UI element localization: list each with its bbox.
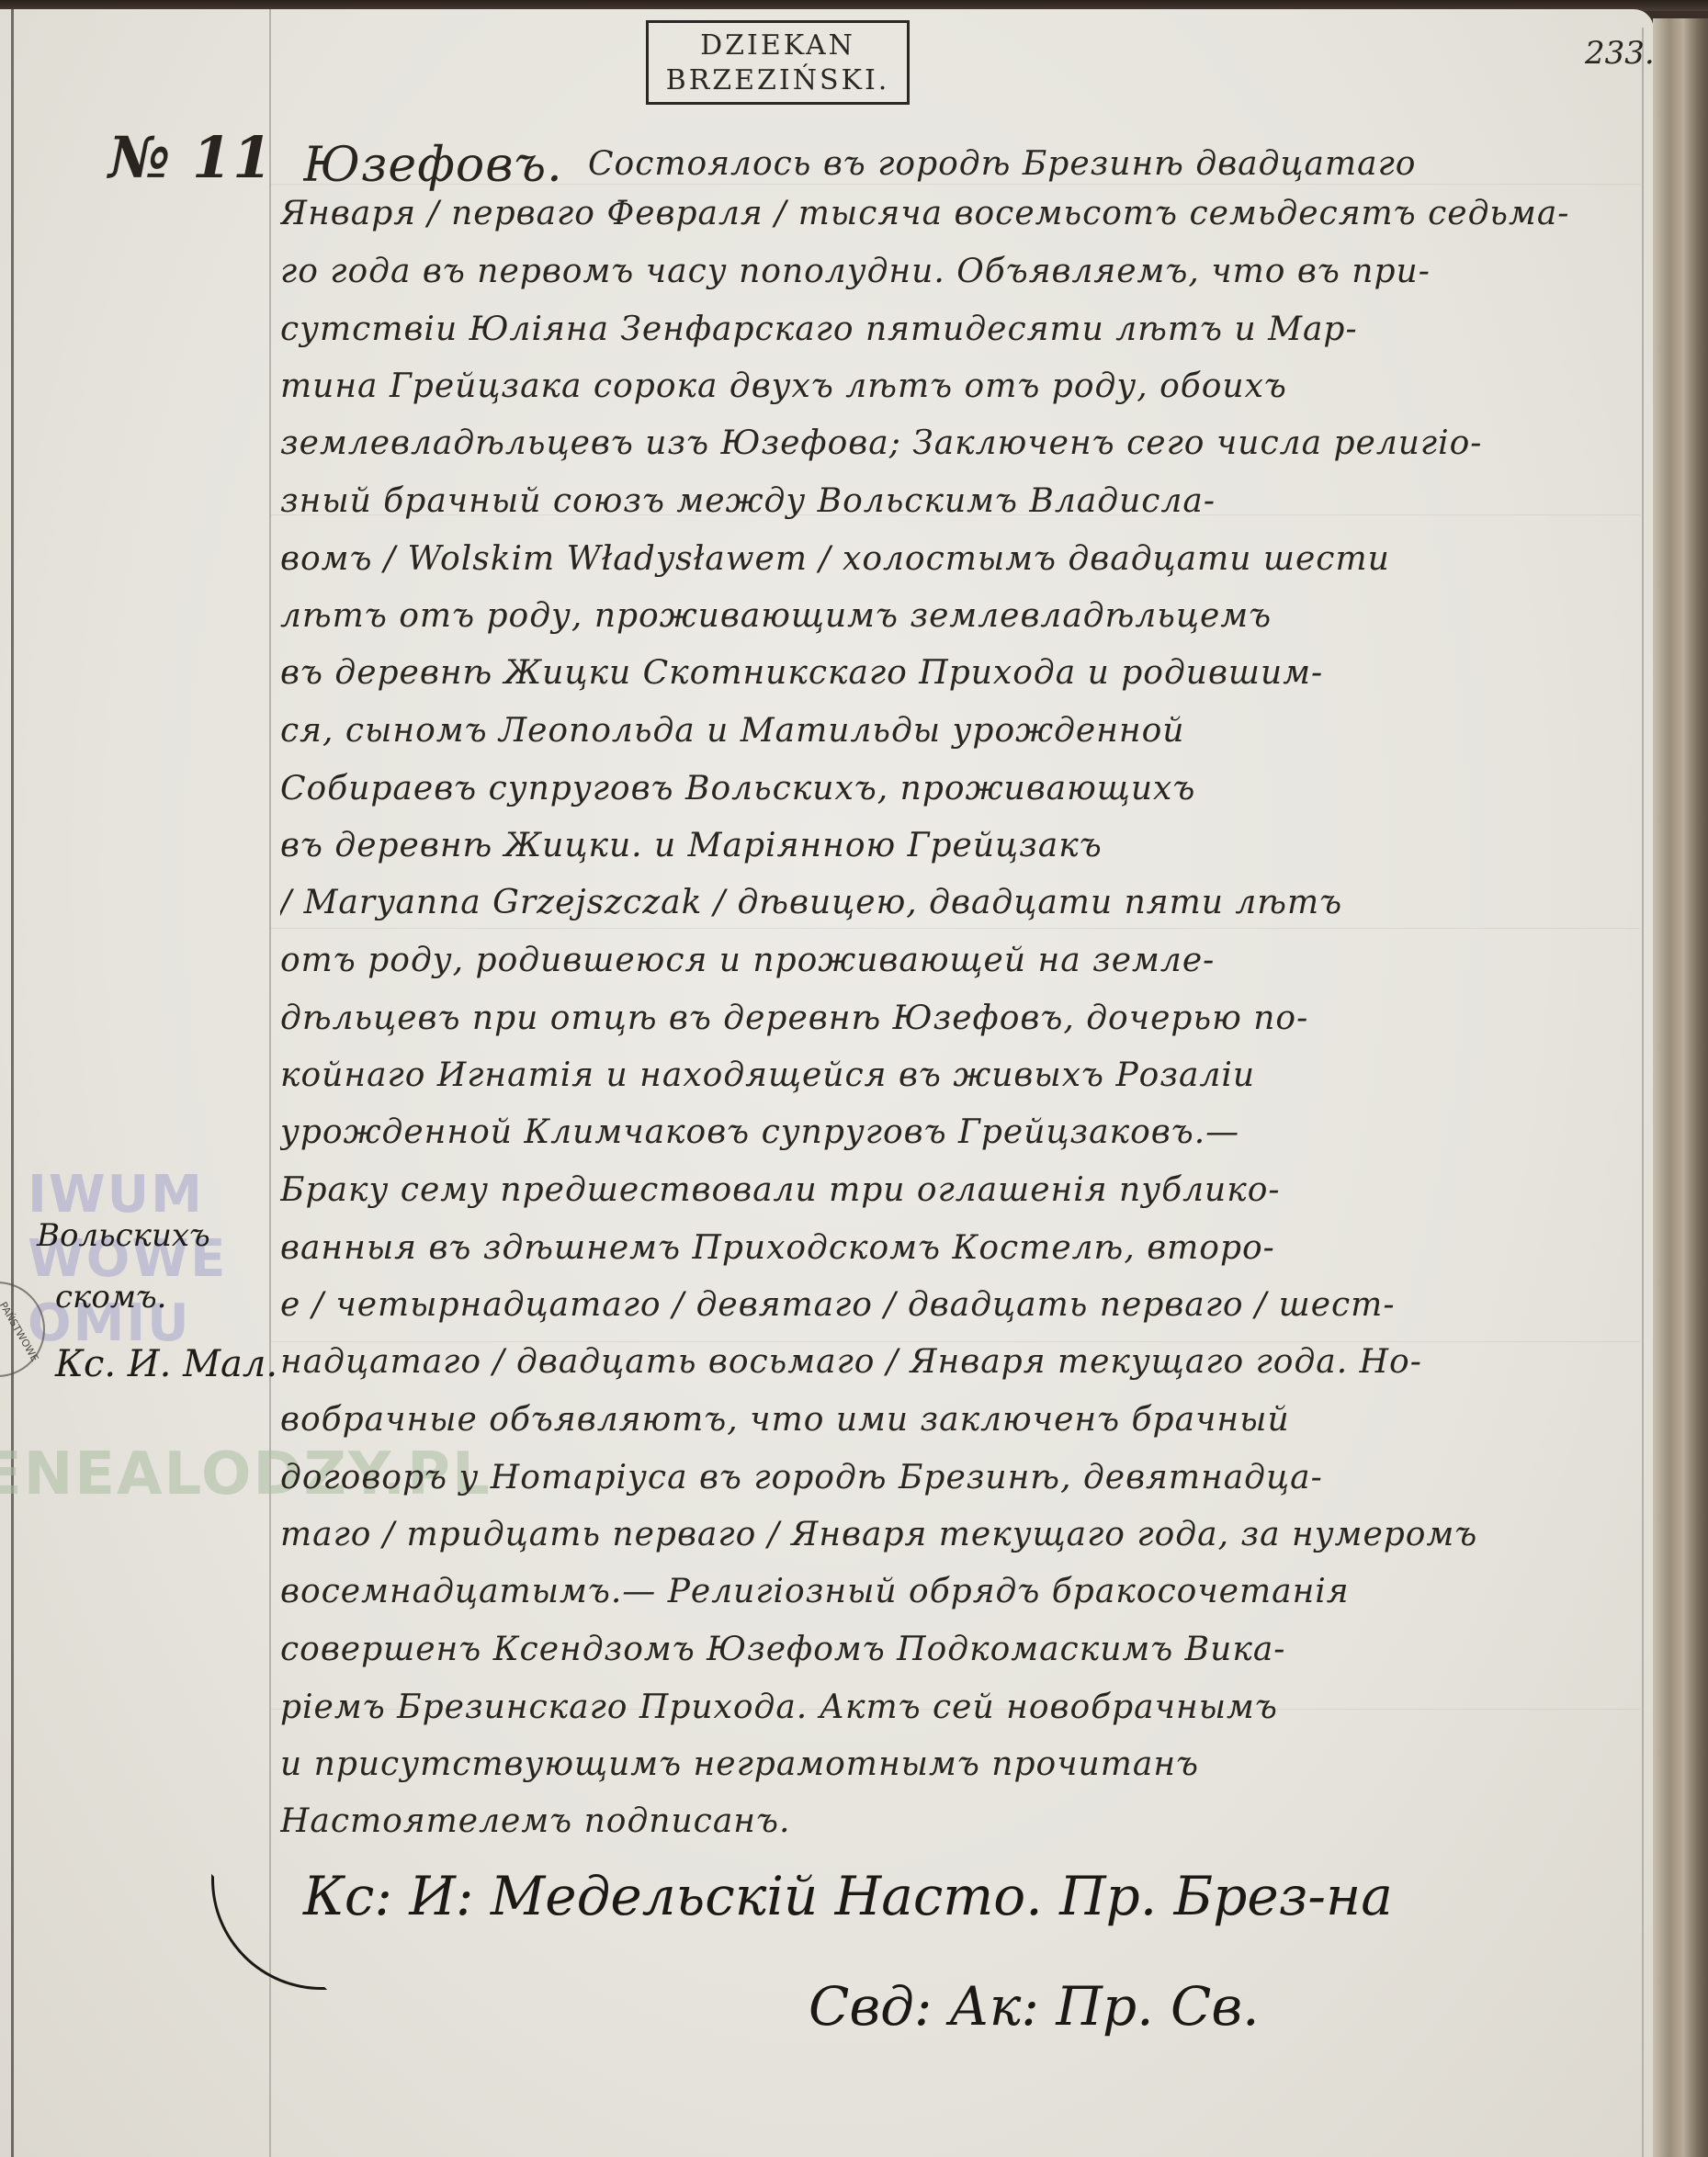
entry-line: Собираевъ супруговъ Вольскихъ, проживающ… <box>280 770 1635 807</box>
registrar-signature: Свд: Ак: Пр. Св. <box>809 1975 1260 2038</box>
margin-note-initials: Кс. И. Мал. <box>55 1343 277 1385</box>
entry-line: дѣльцевъ при отцѣ въ деревнѣ Юзефовъ, до… <box>280 999 1635 1037</box>
right-margin-rule <box>1642 28 1644 2157</box>
entry-line: надцатаго / двадцать восьмаго / Января т… <box>280 1343 1635 1381</box>
entry-line: землевладѣльцевъ изъ Юзефова; Заключенъ … <box>280 424 1635 462</box>
entry-line: Состоялось въ городѣ Брезинѣ двадцатаго <box>588 145 1635 183</box>
entry-line: Января / первагo Февраля / тысяча восемь… <box>280 195 1635 232</box>
entry-line: таго / тридцать перваго / Января текущаг… <box>280 1516 1635 1553</box>
entry-line: восемнадцатымъ.— Религіозный обрядъ брак… <box>280 1573 1635 1610</box>
entry-line: Браку сему предшествовали три оглашенія … <box>280 1171 1635 1209</box>
entry-line: совершенъ Ксендзомъ Юзефомъ Подкомаскимъ… <box>280 1631 1635 1668</box>
entry-line: зный брачный союзъ между Вольскимъ Влади… <box>280 482 1635 520</box>
entry-line: вомъ / Wolskim Władysławem / холостымъ д… <box>280 540 1635 578</box>
entry-line: въ деревнѣ Жицки Скотникскаго Прихода и … <box>280 654 1635 692</box>
dean-stamp: DZIEKAN BRZEZIŃSKI. <box>646 20 910 105</box>
entry-line: е / четырнадцатаго / девятаго / двадцать… <box>280 1286 1635 1324</box>
entry-line: и присутствующимъ неграмотнымъ прочитанъ <box>280 1745 1635 1783</box>
entry-line: ріемъ Брезинскаго Прихода. Актъ сей ново… <box>280 1688 1635 1726</box>
entry-line: койнаго Игнатія и находящейся въ живыхъ … <box>280 1056 1635 1094</box>
ruled-line <box>271 928 1640 929</box>
priest-signature: Кс: И: Медельскій Насто. Пр. Брез-на <box>303 1865 1393 1927</box>
entry-line: го года въ первомъ часу пополудни. Объяв… <box>280 253 1635 290</box>
left-page-edge-rule <box>11 9 14 2157</box>
margin-note-name-1: Вольскихъ <box>37 1217 210 1254</box>
entry-line: сутствіи Юліяна Зенфарскаго пятидесяти л… <box>280 311 1635 348</box>
entry-line: лѣтъ отъ роду, проживающимъ землевладѣль… <box>280 597 1635 635</box>
margin-note-name-2: скомъ. <box>55 1279 166 1316</box>
entry-number: № 11 <box>108 124 273 191</box>
entry-number-value: 11 <box>192 124 273 191</box>
book-binding <box>1653 18 1708 2157</box>
entry-line: отъ роду, родившеюся и проживающей на зе… <box>280 942 1635 979</box>
stamp-line-1: DZIEKAN <box>649 28 907 63</box>
entry-line: Настоятелемъ подписанъ. <box>280 1802 1635 1840</box>
margin-rule <box>269 9 271 2157</box>
entry-place: Юзефовъ. <box>303 138 579 193</box>
page-number: 233. <box>1585 35 1655 72</box>
entry-line: урожденной Климчаковъ супруговъ Грейцзак… <box>280 1113 1635 1151</box>
entry-line: ся, сыномъ Леопольда и Матильды урожденн… <box>280 712 1635 750</box>
stamp-line-2: BRZEZIŃSKI. <box>649 63 907 98</box>
entry-line: ванныя въ здѣшнемъ Приходскомъ Костелѣ, … <box>280 1229 1635 1267</box>
ruled-line <box>271 1341 1640 1342</box>
entry-line: тина Грейцзака сорока двухъ лѣтъ отъ род… <box>280 367 1635 405</box>
entry-line: договоръ у Нотаріуса въ городѣ Брезинѣ, … <box>280 1459 1635 1496</box>
entry-line: въ деревнѣ Жицки. и Маріянною Грейцзакъ <box>280 827 1635 864</box>
entry-number-prefix: № <box>108 124 171 191</box>
entry-line: / Maryanna Grzejszczak / дѣвицею, двадца… <box>280 884 1635 921</box>
entry-line: вобрачные объявляютъ, что ими заключенъ … <box>280 1401 1635 1439</box>
